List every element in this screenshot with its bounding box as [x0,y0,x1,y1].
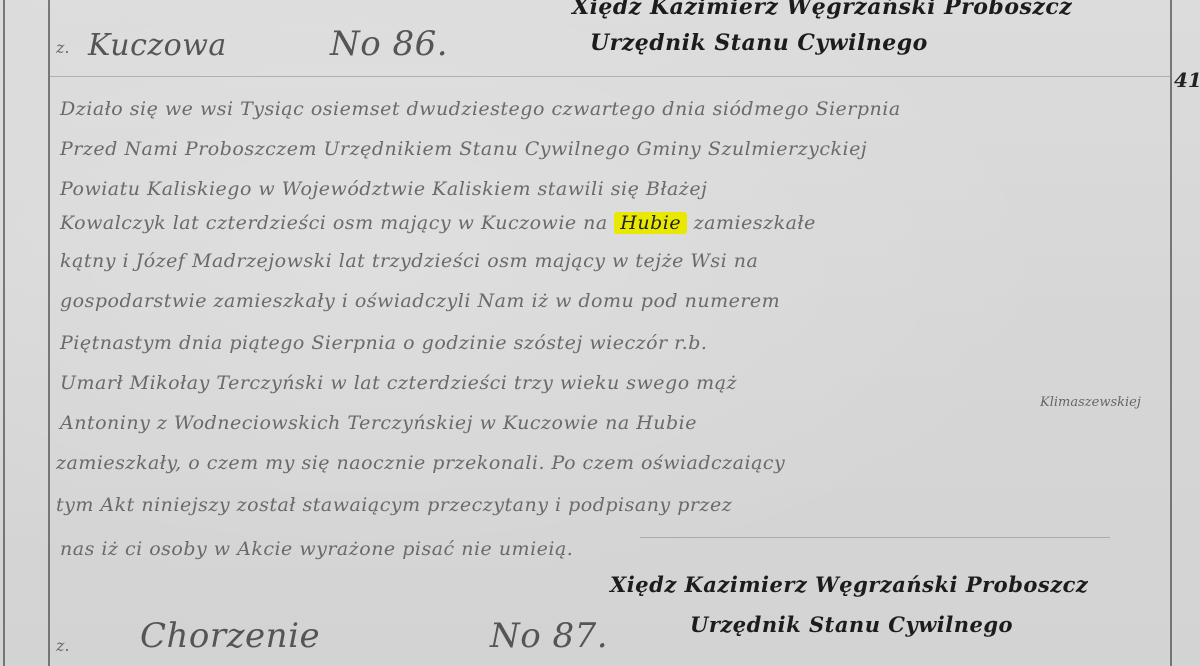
entry-margin-insert: Klimaszewskiej [1040,395,1141,410]
entry-line-2: Przed Nami Proboszczem Urzędnikiem Stanu… [60,138,867,160]
entry-86-number: No 86. [330,24,448,64]
entry-86-heading: Kuczowa [88,28,227,63]
page-edge-rule [3,0,5,666]
entry-line-7: Piętnastym dnia piątego Sierpnia o godzi… [60,332,707,354]
entry-line-1: Działo się we wsi Tysiąc osiemset dwudzi… [60,98,901,120]
register-page-scan: 41. Xiędz Kazimierz Węgrzański Proboszcz… [0,0,1200,666]
entry-86-signature-line1: Xiędz Kazimierz Węgrzański Proboszcz [610,572,1088,597]
entry-line-3: Powiatu Kaliskiego w Województwie Kalisk… [60,178,707,200]
entry-86-signature-line2: Urzędnik Stanu Cywilnego [690,612,1013,637]
entry-86-margin-mark: z. [56,38,70,57]
top-signature-line1: Xiędz Kazimierz Węgrzański Proboszcz [572,0,1072,20]
entry-line-4: Kowalczyk lat czterdzieści osm mający w … [60,212,816,234]
entry-87-number: No 87. [490,616,608,656]
entry-line-6: gospodarstwie zamieszkały i oświadczyli … [60,290,780,312]
entry-line-4-tail: zamieszkałe [694,212,816,234]
entry-line-10: zamieszkały, o czem my się naocznie prze… [56,452,785,474]
entry-87-margin-mark: z. [56,636,70,655]
header-rule [50,76,1170,77]
entry-line-11: tym Akt niniejszy został stawaiącym prze… [56,494,732,516]
page-number: 41. [1174,68,1200,92]
entry-line-4-text: Kowalczyk lat czterdzieści osm mający w … [60,212,608,234]
entry-87-heading: Chorzenie [140,616,320,656]
entry-line-5: kątny i Józef Madrzejowski lat trzydzieś… [60,250,758,272]
entry-line-12: nas iż ci osoby w Akcie wyrażone pisać n… [60,538,573,560]
right-margin-rule [1170,0,1172,666]
signature-rule [640,537,1110,538]
highlighted-place-name: Hubie [614,212,687,234]
entry-line-8: Umarł Mikołay Terczyński w lat czterdzie… [60,372,737,394]
top-signature-line2: Urzędnik Stanu Cywilnego [590,30,928,56]
entry-line-9: Antoniny z Wodneciowskich Terczyńskiej w… [60,412,697,434]
left-margin-rule [48,0,50,666]
